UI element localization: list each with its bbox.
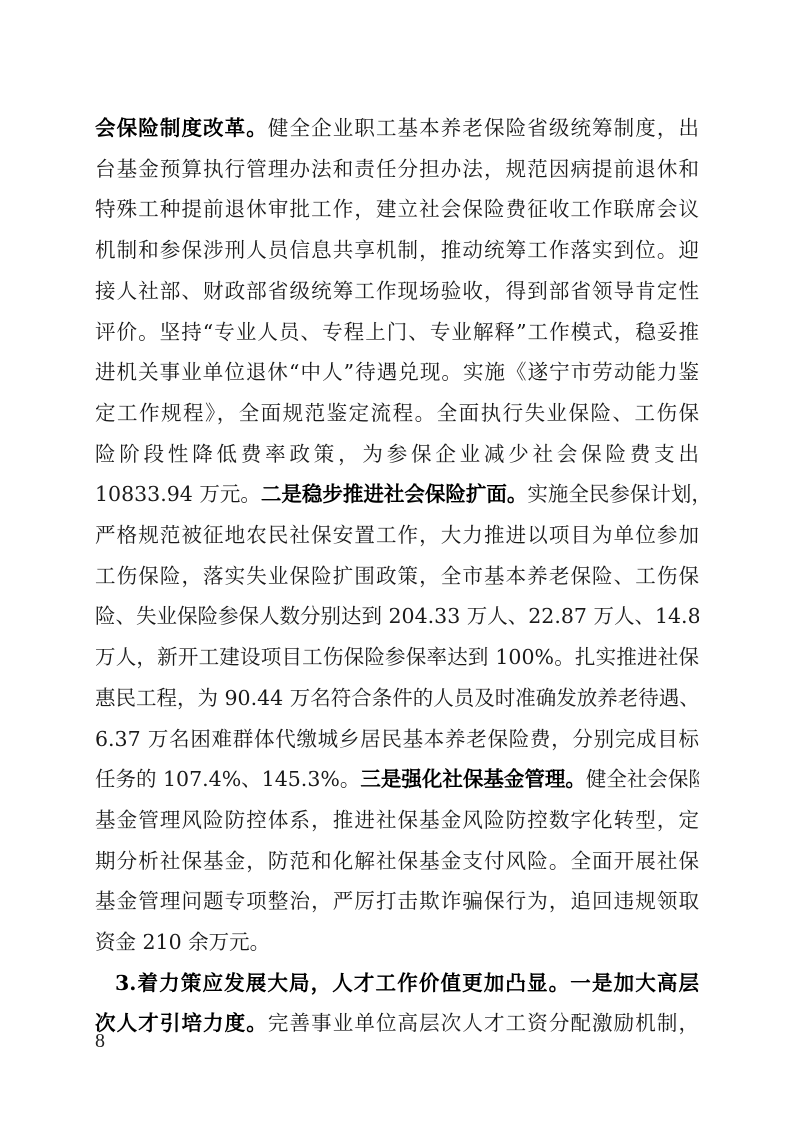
body-text-segment: 6.37 万名困难群体代缴城乡居民基本养老保险费，分别完成目标: [95, 727, 699, 751]
text-line: 万人，新开工建设项目工伤保险参保率达到 100%。扎实推进社保: [95, 637, 699, 678]
bold-heading-text: 会保险制度改革。: [95, 116, 268, 140]
body-text-segment: 期分析社保基金，防范和化解社保基金支付风险。全面开展社保: [95, 849, 699, 873]
text-line: 6.37 万名困难群体代缴城乡居民基本养老保险费，分别完成目标: [95, 719, 699, 760]
page-number: 8: [95, 1030, 105, 1053]
text-line: 10833.94 万元。二是稳步推进社会保险扩面。实施全民参保计划，: [95, 474, 699, 515]
body-text-segment: 健全社会保险: [586, 767, 699, 791]
text-line: 进机关事业单位退休“中人”待遇兑现。实施《遂宁市劳动能力鉴: [95, 352, 699, 393]
text-line: 台基金预算执行管理办法和责任分担办法，规范因病提前退休和: [95, 149, 699, 190]
text-line: 基金管理问题专项整治，严厉打击欺诈骗保行为，追回违规领取: [95, 881, 699, 922]
text-line: 基金管理风险防控体系，推进社保基金风险防控数字化转型，定: [95, 800, 699, 841]
text-line: 3.着力策应发展大局，人才工作价值更加凸显。一是加大高层: [95, 963, 699, 1004]
text-line: 工伤保险，落实失业保险扩围政策，全市基本养老保险、工伤保: [95, 556, 699, 597]
body-text-segment: 严格规范被征地农民社保安置工作，大力推进以项目为单位参加: [95, 523, 699, 547]
body-text-segment: 万人，新开工建设项目工伤保险参保率达到 100%。扎实推进社保: [95, 645, 699, 669]
body-text-segment: 机制和参保涉刑人员信息共享机制，推动统筹工作落实到位。迎: [95, 238, 699, 262]
body-text-segment: 险、失业保险参保人数分别达到 204.33 万人、22.87 万人、14.82: [95, 604, 699, 628]
body-text-segment: 健全企业职工基本养老保险省级统筹制度，出: [268, 116, 699, 140]
bold-heading-text: 3.着力策应发展大局，人才工作价值更加凸显。一是加大高层: [115, 971, 699, 995]
body-text-segment: 惠民工程，为 90.44 万名符合条件的人员及时准确发放养老待遇、: [95, 686, 699, 710]
body-text-segment: 基金管理风险防控体系，推进社保基金风险防控数字化转型，定: [95, 808, 699, 832]
text-line: 次人才引培力度。完善事业单位高层次人才工资分配激励机制，: [95, 1003, 699, 1044]
body-text-segment: 评价。坚持“专业人员、专程上门、专业解释”工作模式，稳妥推: [95, 320, 699, 344]
text-line: 险、失业保险参保人数分别达到 204.33 万人、22.87 万人、14.82: [95, 596, 699, 637]
body-text-segment: 进机关事业单位退休“中人”待遇兑现。实施《遂宁市劳动能力鉴: [95, 360, 699, 384]
body-text: 会保险制度改革。健全企业职工基本养老保险省级统筹制度，出台基金预算执行管理办法和…: [95, 108, 699, 1044]
bold-heading-text: 次人才引培力度。: [95, 1011, 268, 1035]
body-text-segment: 完善事业单位高层次人才工资分配激励机制，: [268, 1011, 699, 1035]
text-line: 接人社部、财政部省级统筹工作现场验收，得到部省领导肯定性: [95, 271, 699, 312]
text-line: 险阶段性降低费率政策，为参保企业减少社会保险费支出: [95, 434, 699, 475]
body-text-segment: 工伤保险，落实失业保险扩围政策，全市基本养老保险、工伤保: [95, 564, 699, 588]
body-text-segment: 接人社部、财政部省级统筹工作现场验收，得到部省领导肯定性: [95, 279, 699, 303]
text-line: 评价。坚持“专业人员、专程上门、专业解释”工作模式，稳妥推: [95, 312, 699, 353]
text-line: 特殊工种提前退休审批工作，建立社会保险费征收工作联席会议: [95, 189, 699, 230]
text-line: 资金 210 余万元。: [95, 922, 699, 963]
body-text-segment: 资金 210 余万元。: [95, 930, 270, 954]
document-page: 会保险制度改革。健全企业职工基本养老保险省级统筹制度，出台基金预算执行管理办法和…: [0, 0, 793, 1122]
body-text-segment: 实施全民参保计划，: [527, 482, 699, 506]
text-line: 惠民工程，为 90.44 万名符合条件的人员及时准确发放养老待遇、: [95, 678, 699, 719]
text-line: 期分析社保基金，防范和化解社保基金支付风险。全面开展社保: [95, 841, 699, 882]
body-text-segment: 定工作规程》，全面规范鉴定流程。全面执行失业保险、工伤保: [95, 401, 699, 425]
body-text-segment: 任务的 107.4%、145.3%。: [95, 767, 360, 791]
text-line: 任务的 107.4%、145.3%。三是强化社保基金管理。健全社会保险: [95, 759, 699, 800]
body-text-segment: 台基金预算执行管理办法和责任分担办法，规范因病提前退休和: [95, 157, 699, 181]
text-line: 会保险制度改革。健全企业职工基本养老保险省级统筹制度，出: [95, 108, 699, 149]
body-text-segment: 险阶段性降低费率政策，为参保企业减少社会保险费支出: [95, 442, 699, 466]
text-line: 定工作规程》，全面规范鉴定流程。全面执行失业保险、工伤保: [95, 393, 699, 434]
body-text-segment: 10833.94 万元。: [95, 482, 261, 506]
text-line: 机制和参保涉刑人员信息共享机制，推动统筹工作落实到位。迎: [95, 230, 699, 271]
bold-heading-text: 三是强化社保基金管理。: [360, 767, 586, 791]
body-text-segment: 基金管理问题专项整治，严厉打击欺诈骗保行为，追回违规领取: [95, 889, 699, 913]
text-line: 严格规范被征地农民社保安置工作，大力推进以项目为单位参加: [95, 515, 699, 556]
body-text-segment: 特殊工种提前退休审批工作，建立社会保险费征收工作联席会议: [95, 197, 699, 221]
bold-heading-text: 二是稳步推进社会保险扩面。: [261, 482, 528, 506]
